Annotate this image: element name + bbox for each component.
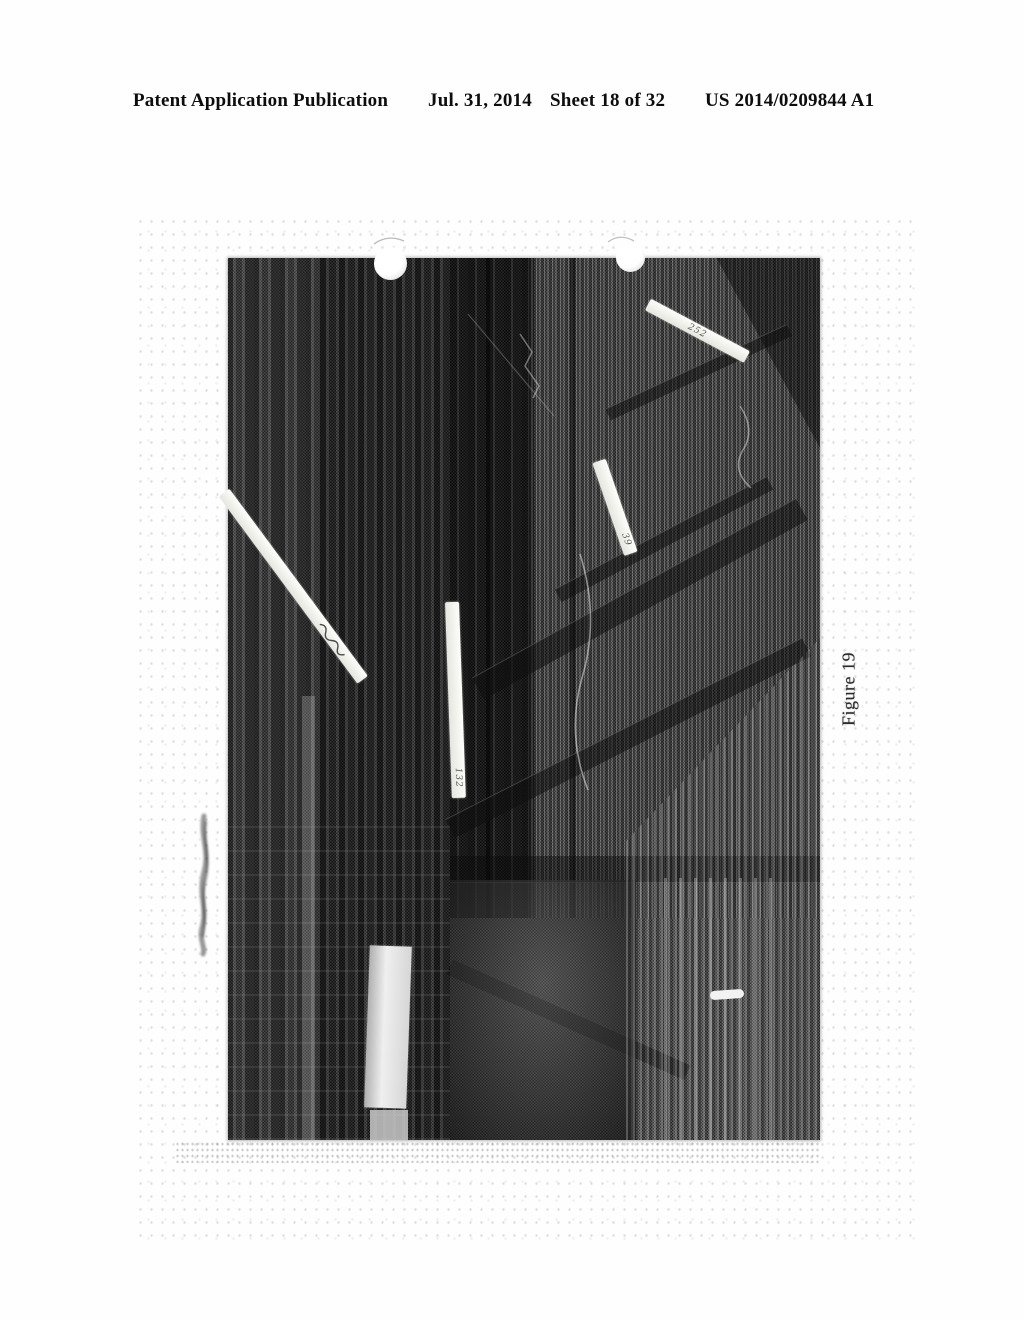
handwritten-number: 39 [619,532,633,548]
light-vertical-lath [302,696,315,1140]
scan-smudge-artifact [186,808,222,958]
header-patent-number: US 2014/0209844 A1 [705,90,874,112]
handwritten-number: 132 [453,768,464,789]
header-sheet-number: Sheet 18 of 32 [550,90,665,112]
ladder-structure [664,878,782,1140]
patent-sheet-page: Patent Application Publication Jul. 31, … [0,0,1024,1320]
bottom-shadow-area [450,880,636,1140]
scan-noise-strip-below-photo [175,1141,820,1163]
figure-photograph: 132 39 252 [228,258,820,1140]
faint-scan-marks [360,230,650,252]
photo-texture-group [228,258,820,1140]
plank-seam [528,258,531,918]
light-post [364,945,412,1108]
horizontal-board-lines [228,818,450,1140]
figure-caption: Figure 19 [839,652,860,726]
header-publication-label: Patent Application Publication [133,90,388,112]
light-post-base [370,1110,408,1140]
header-date: Jul. 31, 2014 [428,90,532,112]
